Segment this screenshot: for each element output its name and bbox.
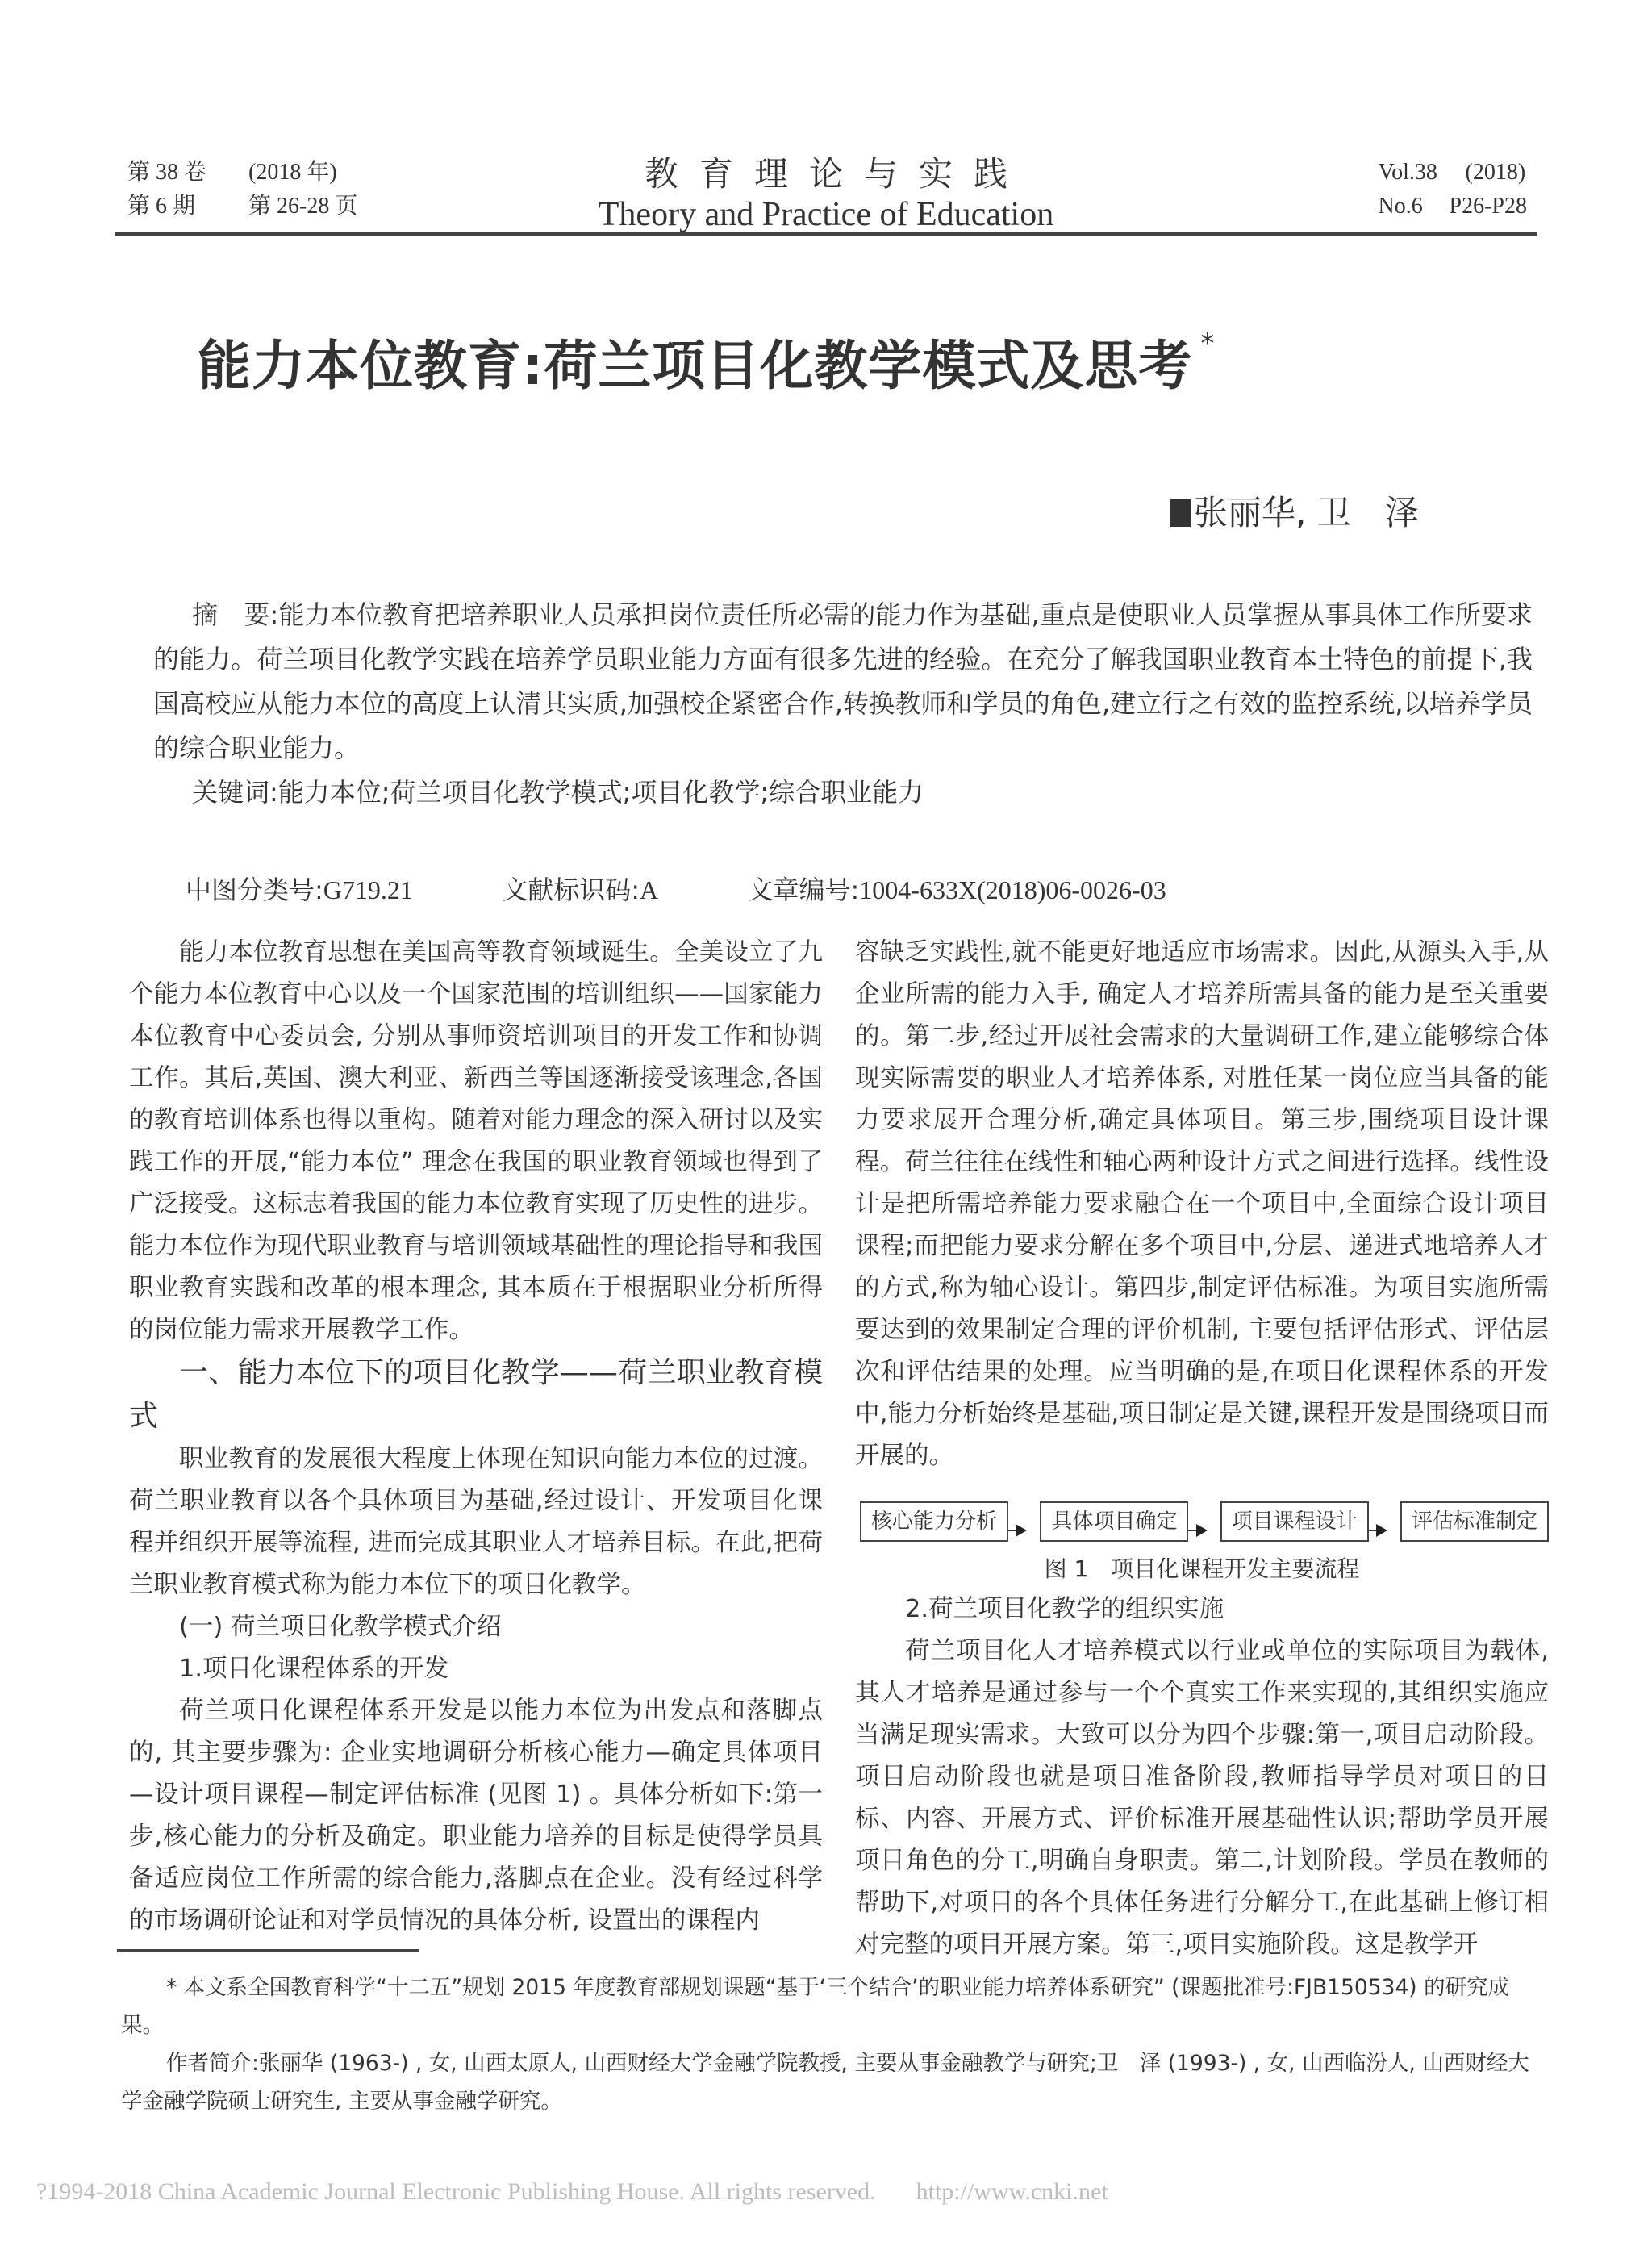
flow-step-core-ability: 核心能力分析 — [860, 1501, 1008, 1542]
arrow-right-icon — [1369, 1530, 1384, 1531]
volume-en: Vol.38 — [1379, 156, 1466, 190]
paper-title: 能力本位教育:荷兰项目化教学模式及思考* — [198, 323, 1215, 399]
flow-step-project-define: 具体项目确定 — [1040, 1501, 1188, 1542]
figure-caption: 图 1 项目化课程开发主要流程 — [855, 1550, 1549, 1589]
flow-step-evaluation: 评估标准制定 — [1400, 1501, 1549, 1542]
clc-label: 中图分类号: — [186, 875, 323, 905]
article-no-value: 1004-633X(2018)06-0026-03 — [859, 875, 1166, 904]
abstract-block: 摘 要:能力本位教育把培养职业人员承担岗位责任所必需的能力作为基础,重点是使职业… — [153, 593, 1533, 815]
abstract-text: 摘 要:能力本位教育把培养职业人员承担岗位责任所必需的能力作为基础,重点是使职业… — [153, 593, 1533, 770]
header-right-info: Vol.38(2018) No.6P26-P28 — [1379, 156, 1527, 223]
paragraph: 荷兰项目化人才培养模式以行业或单位的实际项目为载体,其人才培养是通过参与一个个真… — [855, 1630, 1549, 1966]
header-divider — [115, 232, 1537, 236]
doc-code-label: 文献标识码: — [502, 875, 640, 905]
cnki-link[interactable]: http://www.cnki.net — [916, 2178, 1108, 2205]
footnotes: * 本文系全国教育科学“十二五”规划 2015 年度教育部规划课题“基于‘三个结… — [121, 1969, 1541, 2120]
classification-line: 中图分类号:G719.21 文献标识码:A 文章编号:1004-633X(201… — [186, 870, 1166, 907]
year-en: (2018) — [1466, 156, 1526, 190]
paragraph: 能力本位教育思想在美国高等教育领域诞生。全美设立了九个能力本位教育中心以及一个国… — [129, 932, 823, 1351]
pages-en: P26-P28 — [1450, 190, 1527, 223]
footnote-divider — [117, 1949, 419, 1952]
author-names: 张丽华, 卫 泽 — [1194, 493, 1419, 532]
copyright-watermark: ?1994-2018 China Academic Journal Electr… — [36, 2178, 1108, 2206]
keywords: 关键词:能力本位;荷兰项目化教学模式;项目化教学;综合职业能力 — [153, 770, 1533, 815]
funding-note: * 本文系全国教育科学“十二五”规划 2015 年度教育部规划课题“基于‘三个结… — [121, 1969, 1541, 2044]
paper-title-text: 能力本位教育:荷兰项目化教学模式及思考 — [198, 335, 1192, 397]
author-line: 张丽华, 卫 泽 — [1170, 486, 1419, 535]
paragraph: 职业教育的发展很大程度上体现在知识向能力本位的过渡。荷兰职业教育以各个具体项目为… — [129, 1438, 823, 1606]
issue-en: No.6 — [1379, 190, 1450, 223]
subsubsection-heading: 2.荷兰项目化教学的组织实施 — [855, 1589, 1549, 1630]
copyright-text: ?1994-2018 China Academic Journal Electr… — [36, 2178, 876, 2205]
arrow-right-icon — [1188, 1530, 1204, 1531]
subsubsection-heading: 1.项目化课程体系的开发 — [129, 1648, 823, 1690]
body-right-column: 容缺乏实践性,就不能更好地适应市场需求。因此,从源头入手,从企业所需的能力入手,… — [855, 932, 1549, 1966]
flow-step-course-design: 项目课程设计 — [1220, 1501, 1369, 1542]
article-no-label: 文章编号: — [748, 875, 860, 905]
author-bio: 作者简介:张丽华 (1963-) , 女, 山西太原人, 山西财经大学金融学院教… — [121, 2044, 1541, 2120]
figure-1-flowchart: 核心能力分析 具体项目确定 项目课程设计 评估标准制定 — [860, 1501, 1549, 1542]
clc-value: G719.21 — [323, 875, 413, 904]
paragraph: 容缺乏实践性,就不能更好地适应市场需求。因此,从源头入手,从企业所需的能力入手,… — [855, 932, 1549, 1477]
title-footnote-mark: * — [1200, 328, 1215, 360]
body-left-column: 能力本位教育思想在美国高等教育领域诞生。全美设立了九个能力本位教育中心以及一个国… — [129, 932, 823, 1942]
section-heading-1: 一、能力本位下的项目化教学——荷兰职业教育模式 — [129, 1351, 823, 1438]
doc-code-value: A — [640, 875, 658, 904]
arrow-right-icon — [1008, 1530, 1024, 1531]
author-square-icon — [1170, 499, 1191, 527]
paragraph: 荷兰项目化课程体系开发是以能力本位为出发点和落脚点的, 其主要步骤为: 企业实地… — [129, 1690, 823, 1942]
subsection-heading: (一) 荷兰项目化教学模式介绍 — [129, 1606, 823, 1648]
